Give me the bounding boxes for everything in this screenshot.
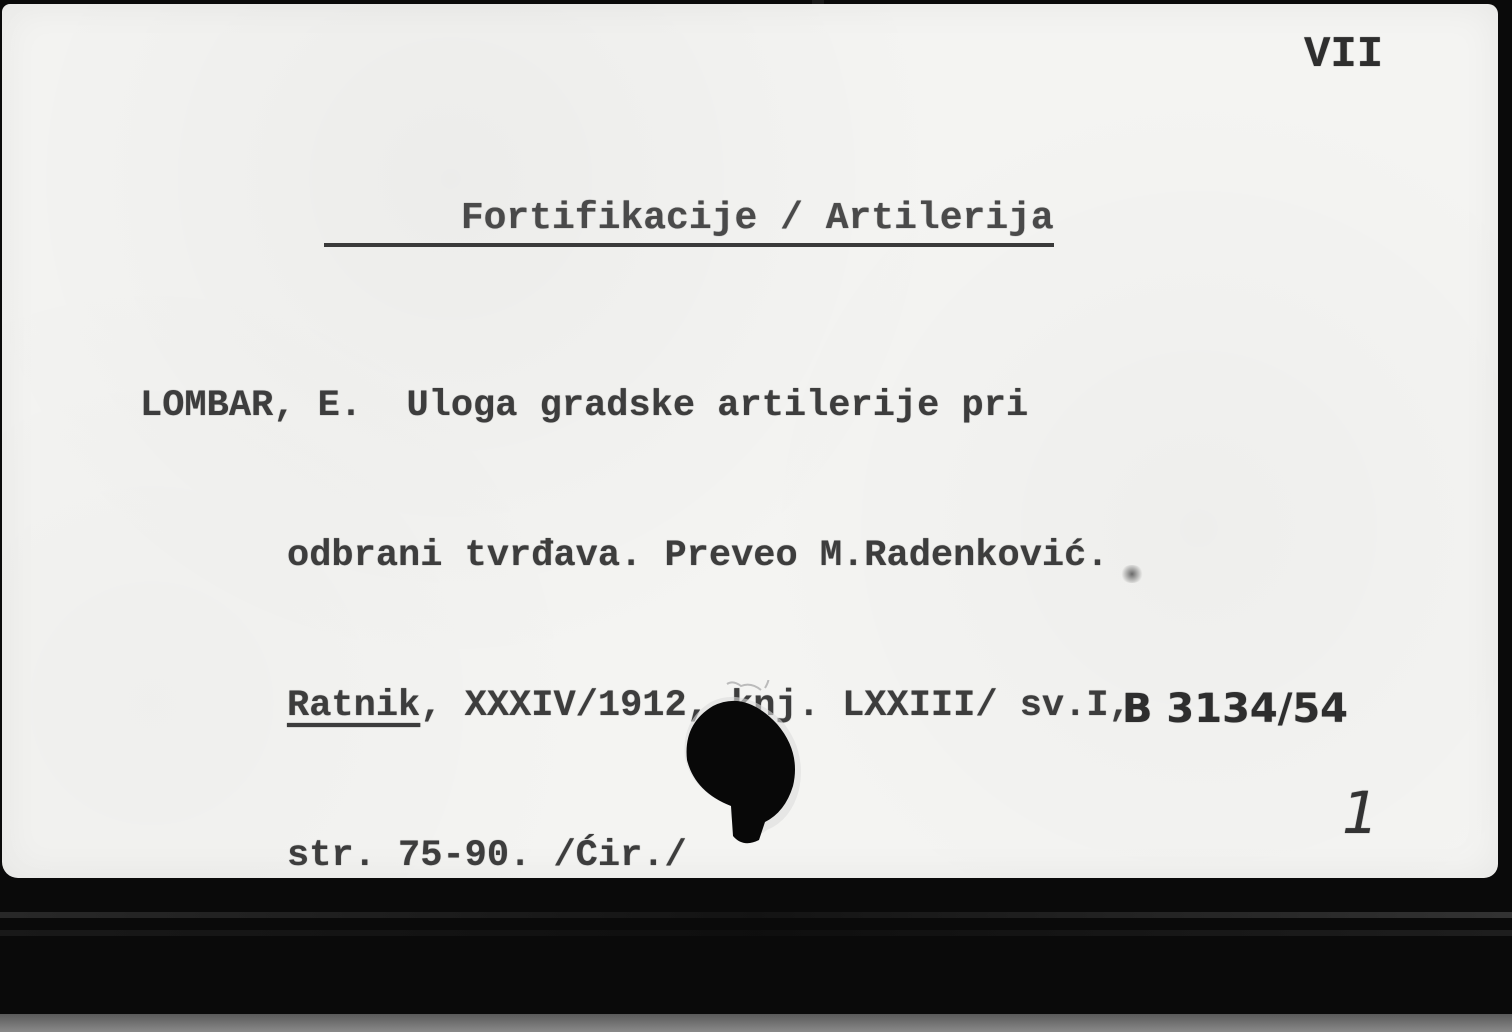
- journal-title: Ratnik: [287, 685, 420, 727]
- entry-line-3: Ratnik, XXXIV/1912, knj. LXXIII/ sv.I,: [140, 681, 1131, 731]
- scanned-catalog-card: VII Fortifikacije / Artilerija LOMBAR, E…: [0, 0, 1512, 1032]
- film-streak: [0, 930, 1512, 936]
- strikethrough-line: [324, 243, 1054, 247]
- punch-hole-icon: [681, 680, 809, 848]
- class-mark: VII: [1304, 30, 1383, 80]
- ink-smudge: [1120, 565, 1144, 583]
- entry-line-2: odbrani tvrđava. Preveo M.Radenković.: [140, 531, 1131, 581]
- subject-heading-text: Fortifikacije / Artilerija: [461, 197, 1054, 240]
- pages-label: str.: [287, 835, 376, 877]
- copy-number: 1: [1342, 779, 1379, 847]
- bibliographic-entry: LOMBAR, E. Uloga gradske artilerije pri …: [140, 281, 1131, 878]
- pages-and-script: 75-90. /Ćir./: [376, 835, 687, 877]
- entry-line-1: LOMBAR, E. Uloga gradske artilerije pri: [140, 381, 1131, 431]
- entry-line-4: str. 75-90. /Ćir./: [140, 831, 1131, 878]
- library-catalog-card: VII Fortifikacije / Artilerija LOMBAR, E…: [2, 4, 1498, 878]
- film-strip-edge: [0, 1014, 1512, 1032]
- shelf-mark: B 3134/54: [1122, 686, 1348, 732]
- film-streak: [0, 912, 1512, 918]
